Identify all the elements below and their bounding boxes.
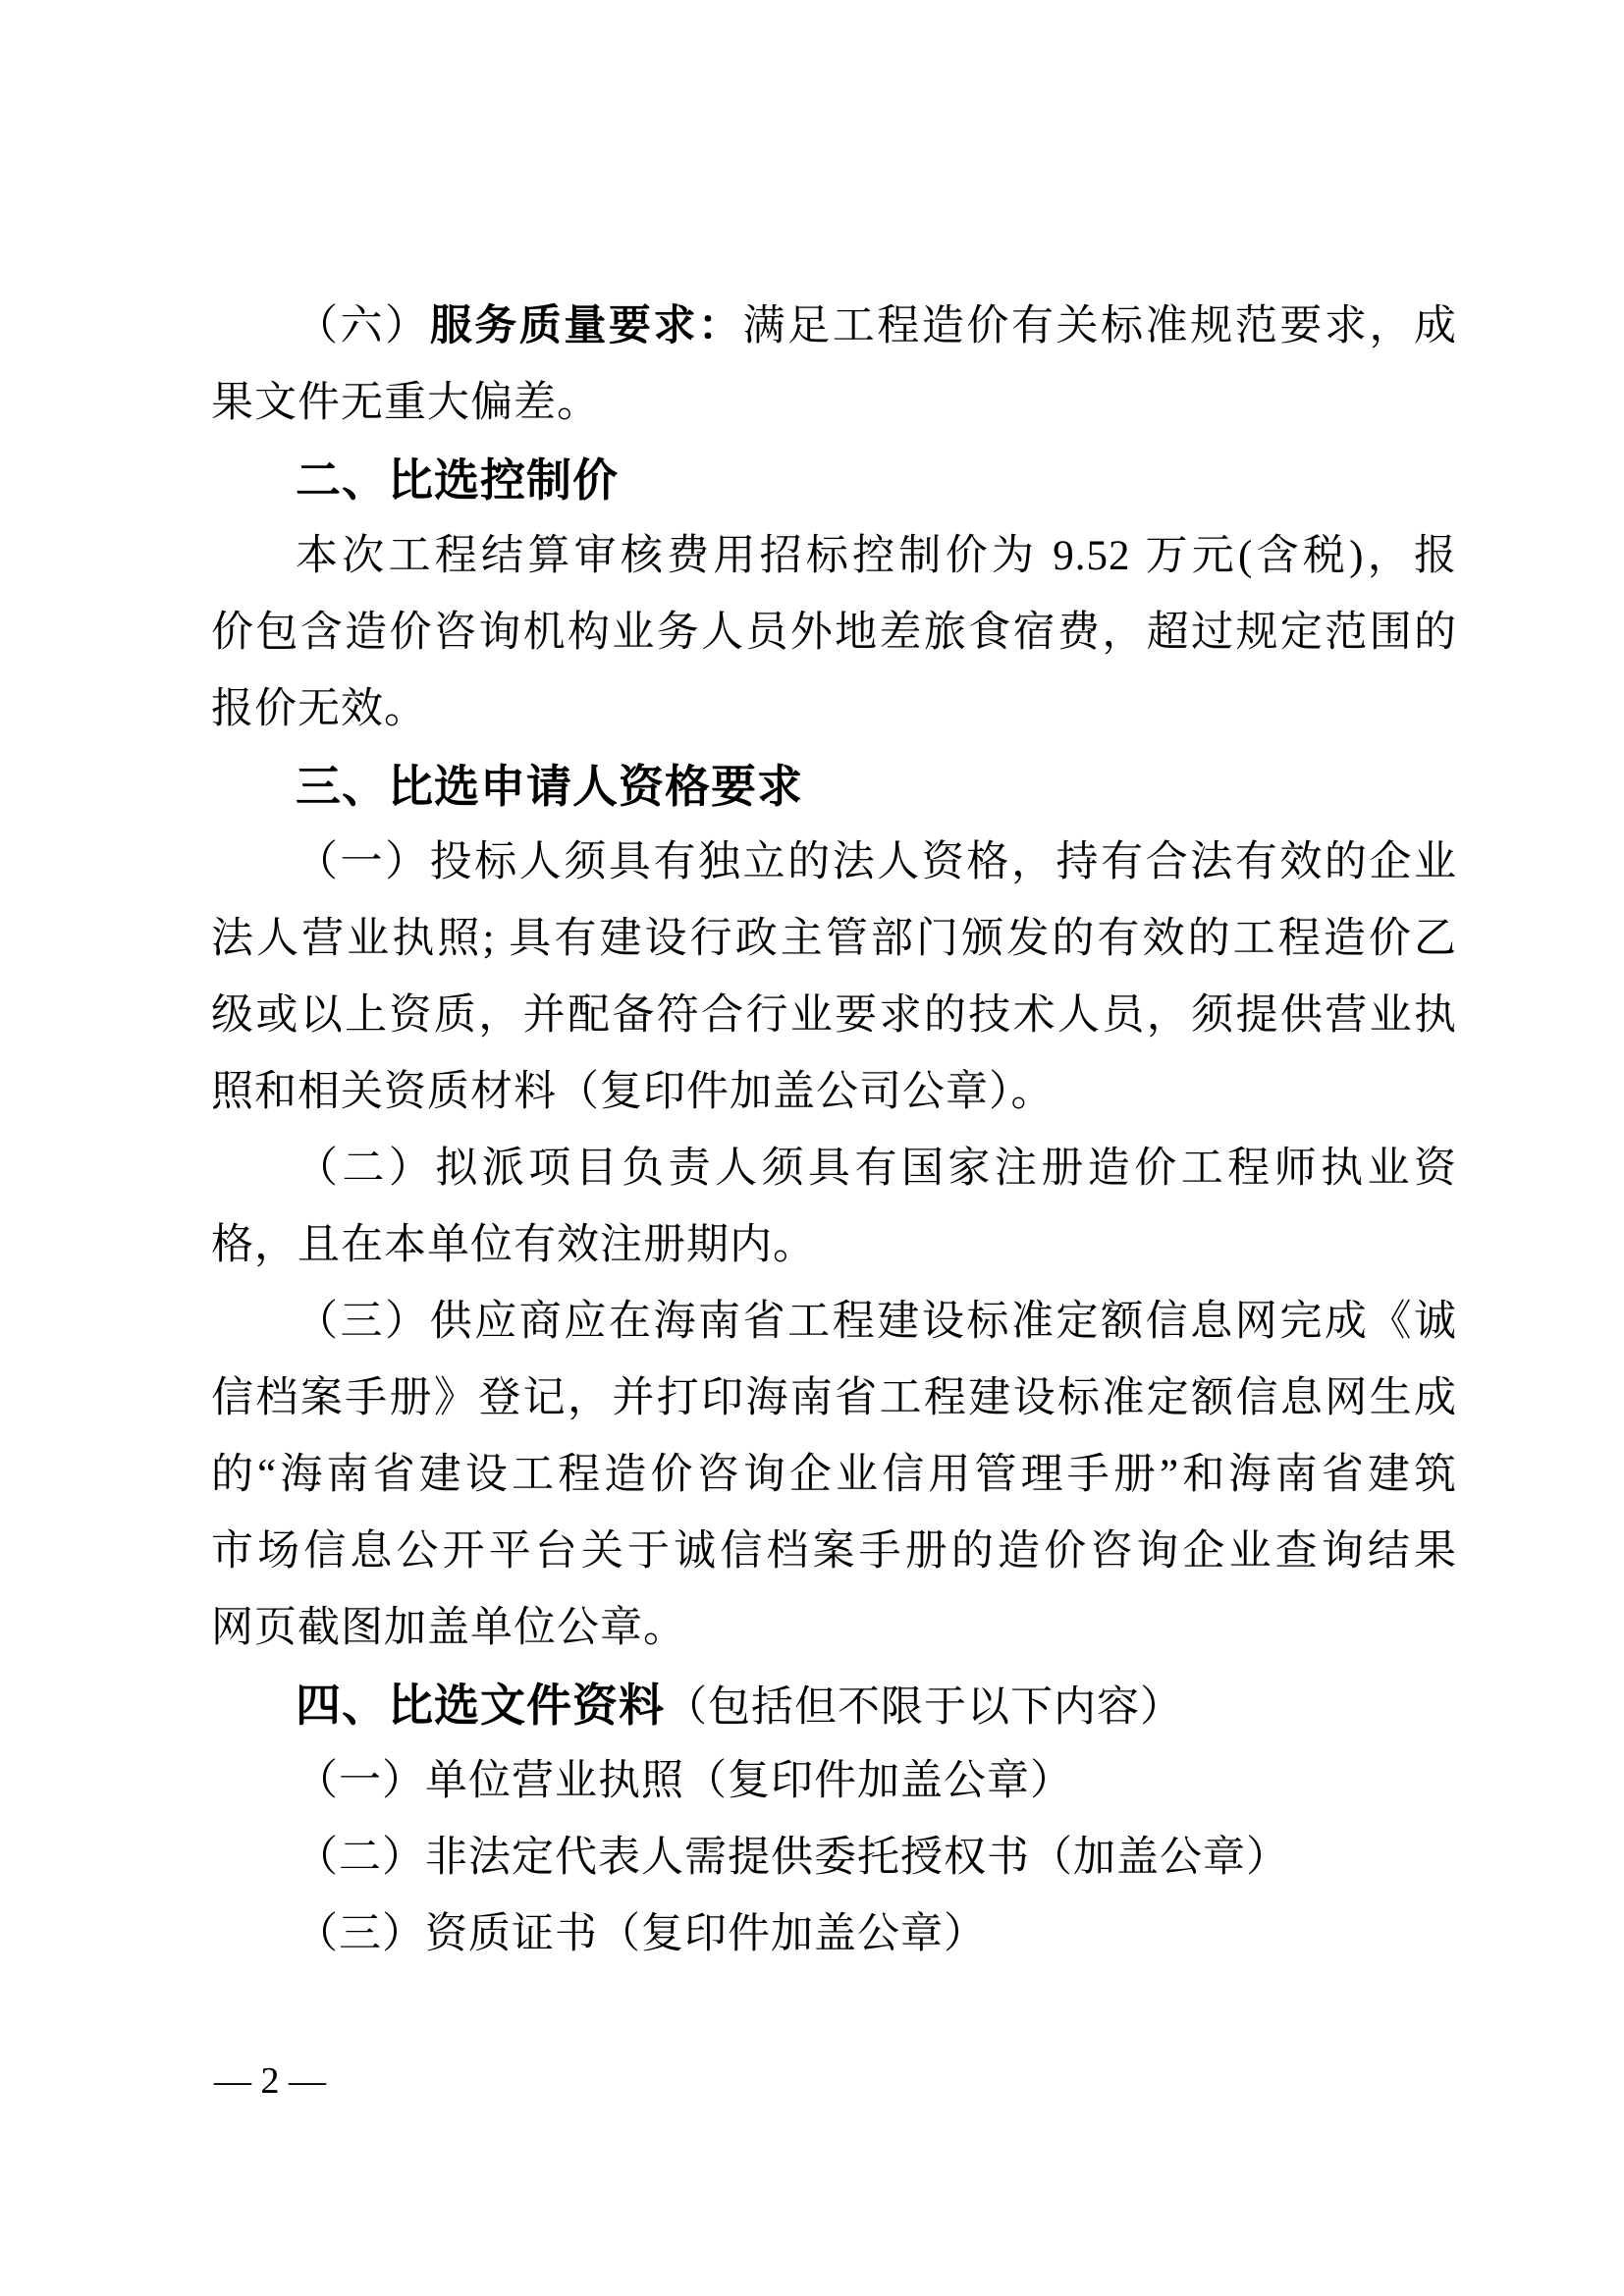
text-line: 格，且在本单位有效注册期内。 xyxy=(211,1207,1457,1284)
page: （六）服务质量要求：满足工程造价有关标准规范要求，成果文件无重大偏差。二、比选控… xyxy=(0,0,1624,2296)
text-segment: （包括但不限于以下内容） xyxy=(665,1684,1183,1731)
text-segment: （二）拟派项目负责人须具有国家注册造价工程师执业资 xyxy=(296,1146,1457,1192)
text-line: （一）投标人须具有独立的法人资格，持有合法有效的企业 xyxy=(211,825,1457,901)
text-segment: （一）投标人须具有独立的法人资格，持有合法有效的企业 xyxy=(296,839,1457,885)
text-segment: 照和相关资质材料（复印件加盖公司公章）。 xyxy=(211,1069,1055,1115)
document-page-2: { "document": { "text_color": "#000000",… xyxy=(0,0,1624,2296)
text-segment: 法人营业执照; 具有建设行政主管部门颁发的有效的工程造价乙 xyxy=(211,916,1457,962)
text-segment: 级或以上资质，并配备符合行业要求的技术人员，须提供营业执 xyxy=(211,992,1457,1039)
text-line: 三、比选申请人资格要求 xyxy=(211,748,1457,825)
text-segment: 格，且在本单位有效注册期内。 xyxy=(211,1222,816,1268)
text-line: （六）服务质量要求：满足工程造价有关标准规范要求，成 xyxy=(211,289,1457,365)
text-line: （三）供应商应在海南省工程建设标准定额信息网完成《诚 xyxy=(211,1284,1457,1361)
text-segment: 服务质量要求： xyxy=(430,303,743,349)
document-body: （六）服务质量要求：满足工程造价有关标准规范要求，成果文件无重大偏差。二、比选控… xyxy=(211,289,1457,1973)
text-line: 照和相关资质材料（复印件加盖公司公章）。 xyxy=(211,1054,1457,1131)
text-line: 法人营业执照; 具有建设行政主管部门颁发的有效的工程造价乙 xyxy=(211,901,1457,978)
text-segment: 的“海南省建设工程造价咨询企业信用管理手册”和海南省建筑 xyxy=(211,1452,1457,1498)
text-segment: （一）单位营业执照（复印件加盖公章） xyxy=(296,1758,1073,1804)
text-segment: （三）资质证书（复印件加盖公章） xyxy=(296,1911,987,1957)
text-segment: 价包含造价咨询机构业务人员外地差旅食宿费，超过规定范围的 xyxy=(211,610,1457,656)
text-segment: 满足工程造价有关标准规范要求，成 xyxy=(743,303,1457,349)
text-line: 二、比选控制价 xyxy=(211,442,1457,518)
text-segment: 市场信息公开平台关于诚信档案手册的造价咨询企业查询结果 xyxy=(211,1528,1457,1575)
text-segment: 本次工程结算审核费用招标控制价为 9.52 万元(含税)，报 xyxy=(296,533,1457,579)
page-number: — 2 — xyxy=(214,2059,326,2103)
text-line: （一）单位营业执照（复印件加盖公章） xyxy=(211,1743,1457,1820)
text-segment: 报价无效。 xyxy=(211,686,427,732)
text-line: 价包含造价咨询机构业务人员外地差旅食宿费，超过规定范围的 xyxy=(211,595,1457,671)
text-segment: 网页截图加盖单位公章。 xyxy=(211,1605,686,1651)
text-line: 报价无效。 xyxy=(211,671,1457,748)
text-line: （二）拟派项目负责人须具有国家注册造价工程师执业资 xyxy=(211,1131,1457,1207)
text-line: 市场信息公开平台关于诚信档案手册的造价咨询企业查询结果 xyxy=(211,1514,1457,1590)
text-segment: 果文件无重大偏差。 xyxy=(211,380,600,426)
text-line: （二）非法定代表人需提供委托授权书（加盖公章） xyxy=(211,1820,1457,1896)
section-heading-text: 四、比选文件资料 xyxy=(296,1680,665,1731)
text-line: 网页截图加盖单位公章。 xyxy=(211,1590,1457,1667)
text-line: 四、比选文件资料（包括但不限于以下内容） xyxy=(211,1667,1457,1743)
text-line: 信档案手册》登记，并打印海南省工程建设标准定额信息网生成 xyxy=(211,1361,1457,1437)
text-line: （三）资质证书（复印件加盖公章） xyxy=(211,1896,1457,1973)
text-line: 的“海南省建设工程造价咨询企业信用管理手册”和海南省建筑 xyxy=(211,1437,1457,1514)
section-heading-text: 二、比选控制价 xyxy=(296,454,619,506)
text-segment: 信档案手册》登记，并打印海南省工程建设标准定额信息网生成 xyxy=(211,1375,1457,1421)
text-line: 本次工程结算审核费用招标控制价为 9.52 万元(含税)，报 xyxy=(211,518,1457,595)
text-segment: （六） xyxy=(296,303,430,349)
text-segment: （三）供应商应在海南省工程建设标准定额信息网完成《诚 xyxy=(296,1299,1457,1345)
text-segment: （二）非法定代表人需提供委托授权书（加盖公章） xyxy=(296,1835,1289,1881)
text-line: 果文件无重大偏差。 xyxy=(211,365,1457,442)
text-line: 级或以上资质，并配备符合行业要求的技术人员，须提供营业执 xyxy=(211,978,1457,1054)
section-heading-text: 三、比选申请人资格要求 xyxy=(296,761,803,812)
